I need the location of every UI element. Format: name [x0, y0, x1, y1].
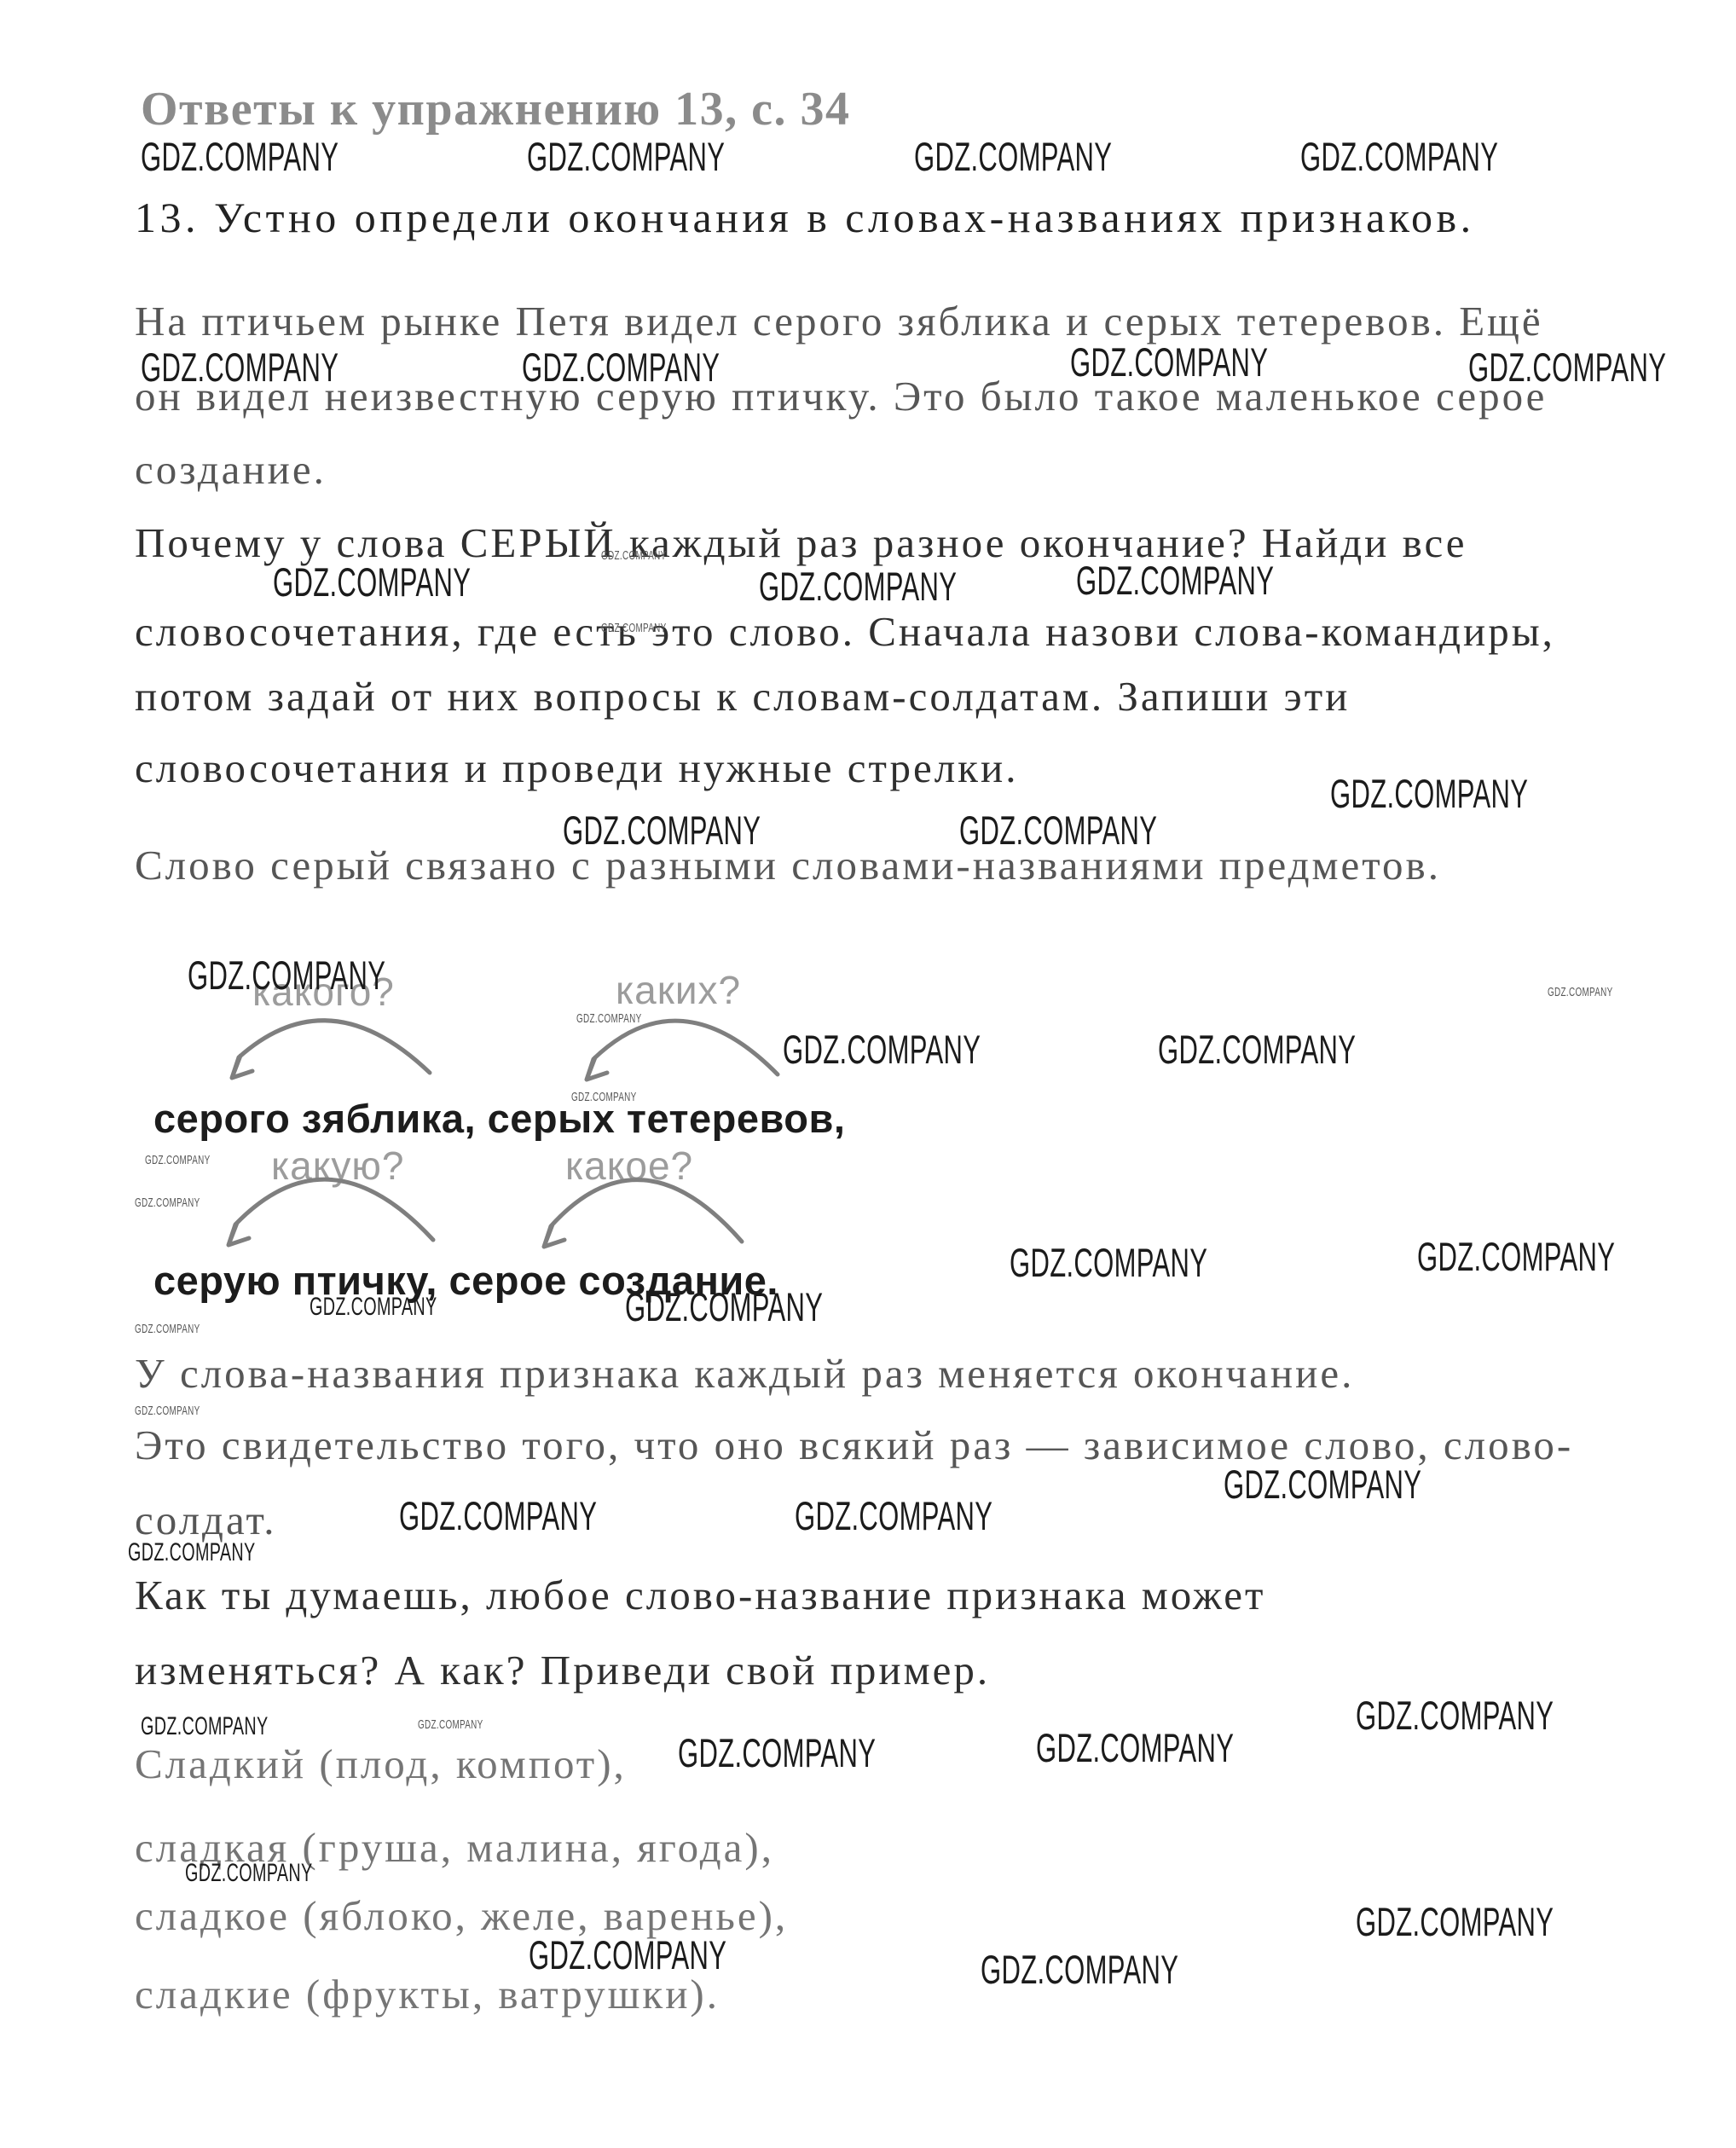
gdz-company-watermark: GDZ.COMPANY [1356, 1692, 1554, 1739]
exercise-heading: 13. Устно определи окончания в словах-на… [135, 193, 1475, 242]
gdz-company-watermark: GDZ.COMPANY [141, 344, 339, 391]
paragraph-line: Слово серый связано с разными словами-на… [135, 841, 1441, 889]
gdz-company-watermark: GDZ.COMPANY [128, 1538, 256, 1567]
phrase-text: серого зяблика, серых тетеревов, [153, 1095, 845, 1142]
arrow-arc-path [232, 1021, 430, 1078]
gdz-company-watermark: GDZ.COMPANY [981, 1946, 1178, 1993]
gdz-company-watermark: GDZ.COMPANY [273, 559, 471, 605]
gdz-company-watermark: GDZ.COMPANY [1548, 985, 1613, 999]
gdz-company-watermark: GDZ.COMPANY [576, 1011, 642, 1026]
gdz-company-watermark: GDZ.COMPANY [1010, 1239, 1207, 1286]
gdz-company-watermark: GDZ.COMPANY [959, 807, 1157, 854]
arrow-arc [223, 1016, 435, 1083]
arrow-arc [535, 1173, 747, 1252]
paragraph-line: словосочетания и проведи нужные стрелки. [135, 744, 1018, 792]
gdz-company-watermark: GDZ.COMPANY [522, 344, 720, 391]
gdz-company-watermark: GDZ.COMPANY [141, 1712, 269, 1741]
gdz-company-watermark: GDZ.COMPANY [135, 1196, 200, 1210]
gdz-company-watermark: GDZ.COMPANY [188, 952, 385, 999]
gdz-company-watermark: GDZ.COMPANY [310, 1293, 437, 1322]
arrow-arc-path [544, 1180, 742, 1247]
paragraph-line: потом задай от них вопросы к словам-солд… [135, 672, 1350, 721]
gdz-company-watermark: GDZ.COMPANY [418, 1717, 483, 1732]
arrow-arc-path [587, 1021, 778, 1080]
gdz-company-watermark: GDZ.COMPANY [759, 563, 957, 610]
page-title: Ответы к упражнению 13, с. 34 [141, 82, 850, 136]
gdz-company-watermark: GDZ.COMPANY [625, 1283, 823, 1330]
paragraph-line: солдат. [135, 1496, 276, 1544]
gdz-company-watermark: GDZ.COMPANY [1036, 1724, 1234, 1771]
question-word: каких? [616, 967, 741, 1013]
paragraph-line: Сладкий (плод, компот), [135, 1740, 627, 1788]
paragraph-line: словосочетания, где есть это слово. Снач… [135, 607, 1555, 656]
document-page: Ответы к упражнению 13, с. 34 13. Устно … [0, 0, 1736, 2148]
gdz-company-watermark: GDZ.COMPANY [914, 133, 1112, 180]
gdz-company-watermark: GDZ.COMPANY [1468, 344, 1666, 391]
gdz-company-watermark: GDZ.COMPANY [141, 133, 339, 180]
gdz-company-watermark: GDZ.COMPANY [601, 548, 667, 563]
gdz-company-watermark: GDZ.COMPANY [1076, 557, 1274, 604]
arrow-arc [220, 1173, 438, 1250]
gdz-company-watermark: GDZ.COMPANY [1356, 1898, 1554, 1945]
gdz-company-watermark: GDZ.COMPANY [1417, 1233, 1615, 1280]
gdz-company-watermark: GDZ.COMPANY [527, 133, 725, 180]
gdz-company-watermark: GDZ.COMPANY [795, 1492, 992, 1539]
gdz-company-watermark: GDZ.COMPANY [135, 1322, 200, 1336]
gdz-company-watermark: GDZ.COMPANY [135, 1404, 200, 1418]
paragraph-line: создание. [135, 445, 327, 494]
gdz-company-watermark: GDZ.COMPANY [1224, 1461, 1421, 1508]
paragraph-line: он видел неизвестную серую птичку. Это б… [135, 372, 1547, 420]
paragraph-line: У слова-названия признака каждый раз мен… [135, 1349, 1354, 1398]
gdz-company-watermark: GDZ.COMPANY [1158, 1026, 1356, 1073]
gdz-company-watermark: GDZ.COMPANY [563, 807, 761, 854]
gdz-company-watermark: GDZ.COMPANY [678, 1729, 876, 1776]
gdz-company-watermark: GDZ.COMPANY [783, 1026, 981, 1073]
gdz-company-watermark: GDZ.COMPANY [571, 1090, 637, 1104]
gdz-company-watermark: GDZ.COMPANY [399, 1492, 597, 1539]
gdz-company-watermark: GDZ.COMPANY [1070, 339, 1268, 385]
gdz-company-watermark: GDZ.COMPANY [1300, 133, 1498, 180]
gdz-company-watermark: GDZ.COMPANY [529, 1931, 726, 1978]
arrow-arc [578, 1016, 783, 1085]
paragraph-line: На птичьем рынке Петя видел серого зябли… [135, 297, 1543, 345]
arrow-arc-path [229, 1179, 433, 1245]
gdz-company-watermark: GDZ.COMPANY [1330, 770, 1528, 817]
gdz-company-watermark: GDZ.COMPANY [185, 1859, 313, 1888]
gdz-company-watermark: GDZ.COMPANY [145, 1153, 211, 1167]
paragraph-line: Как ты думаешь, любое слово-название при… [135, 1571, 1265, 1619]
paragraph-line: изменяться? А как? Приведи свой пример. [135, 1646, 990, 1694]
gdz-company-watermark: GDZ.COMPANY [601, 621, 667, 635]
